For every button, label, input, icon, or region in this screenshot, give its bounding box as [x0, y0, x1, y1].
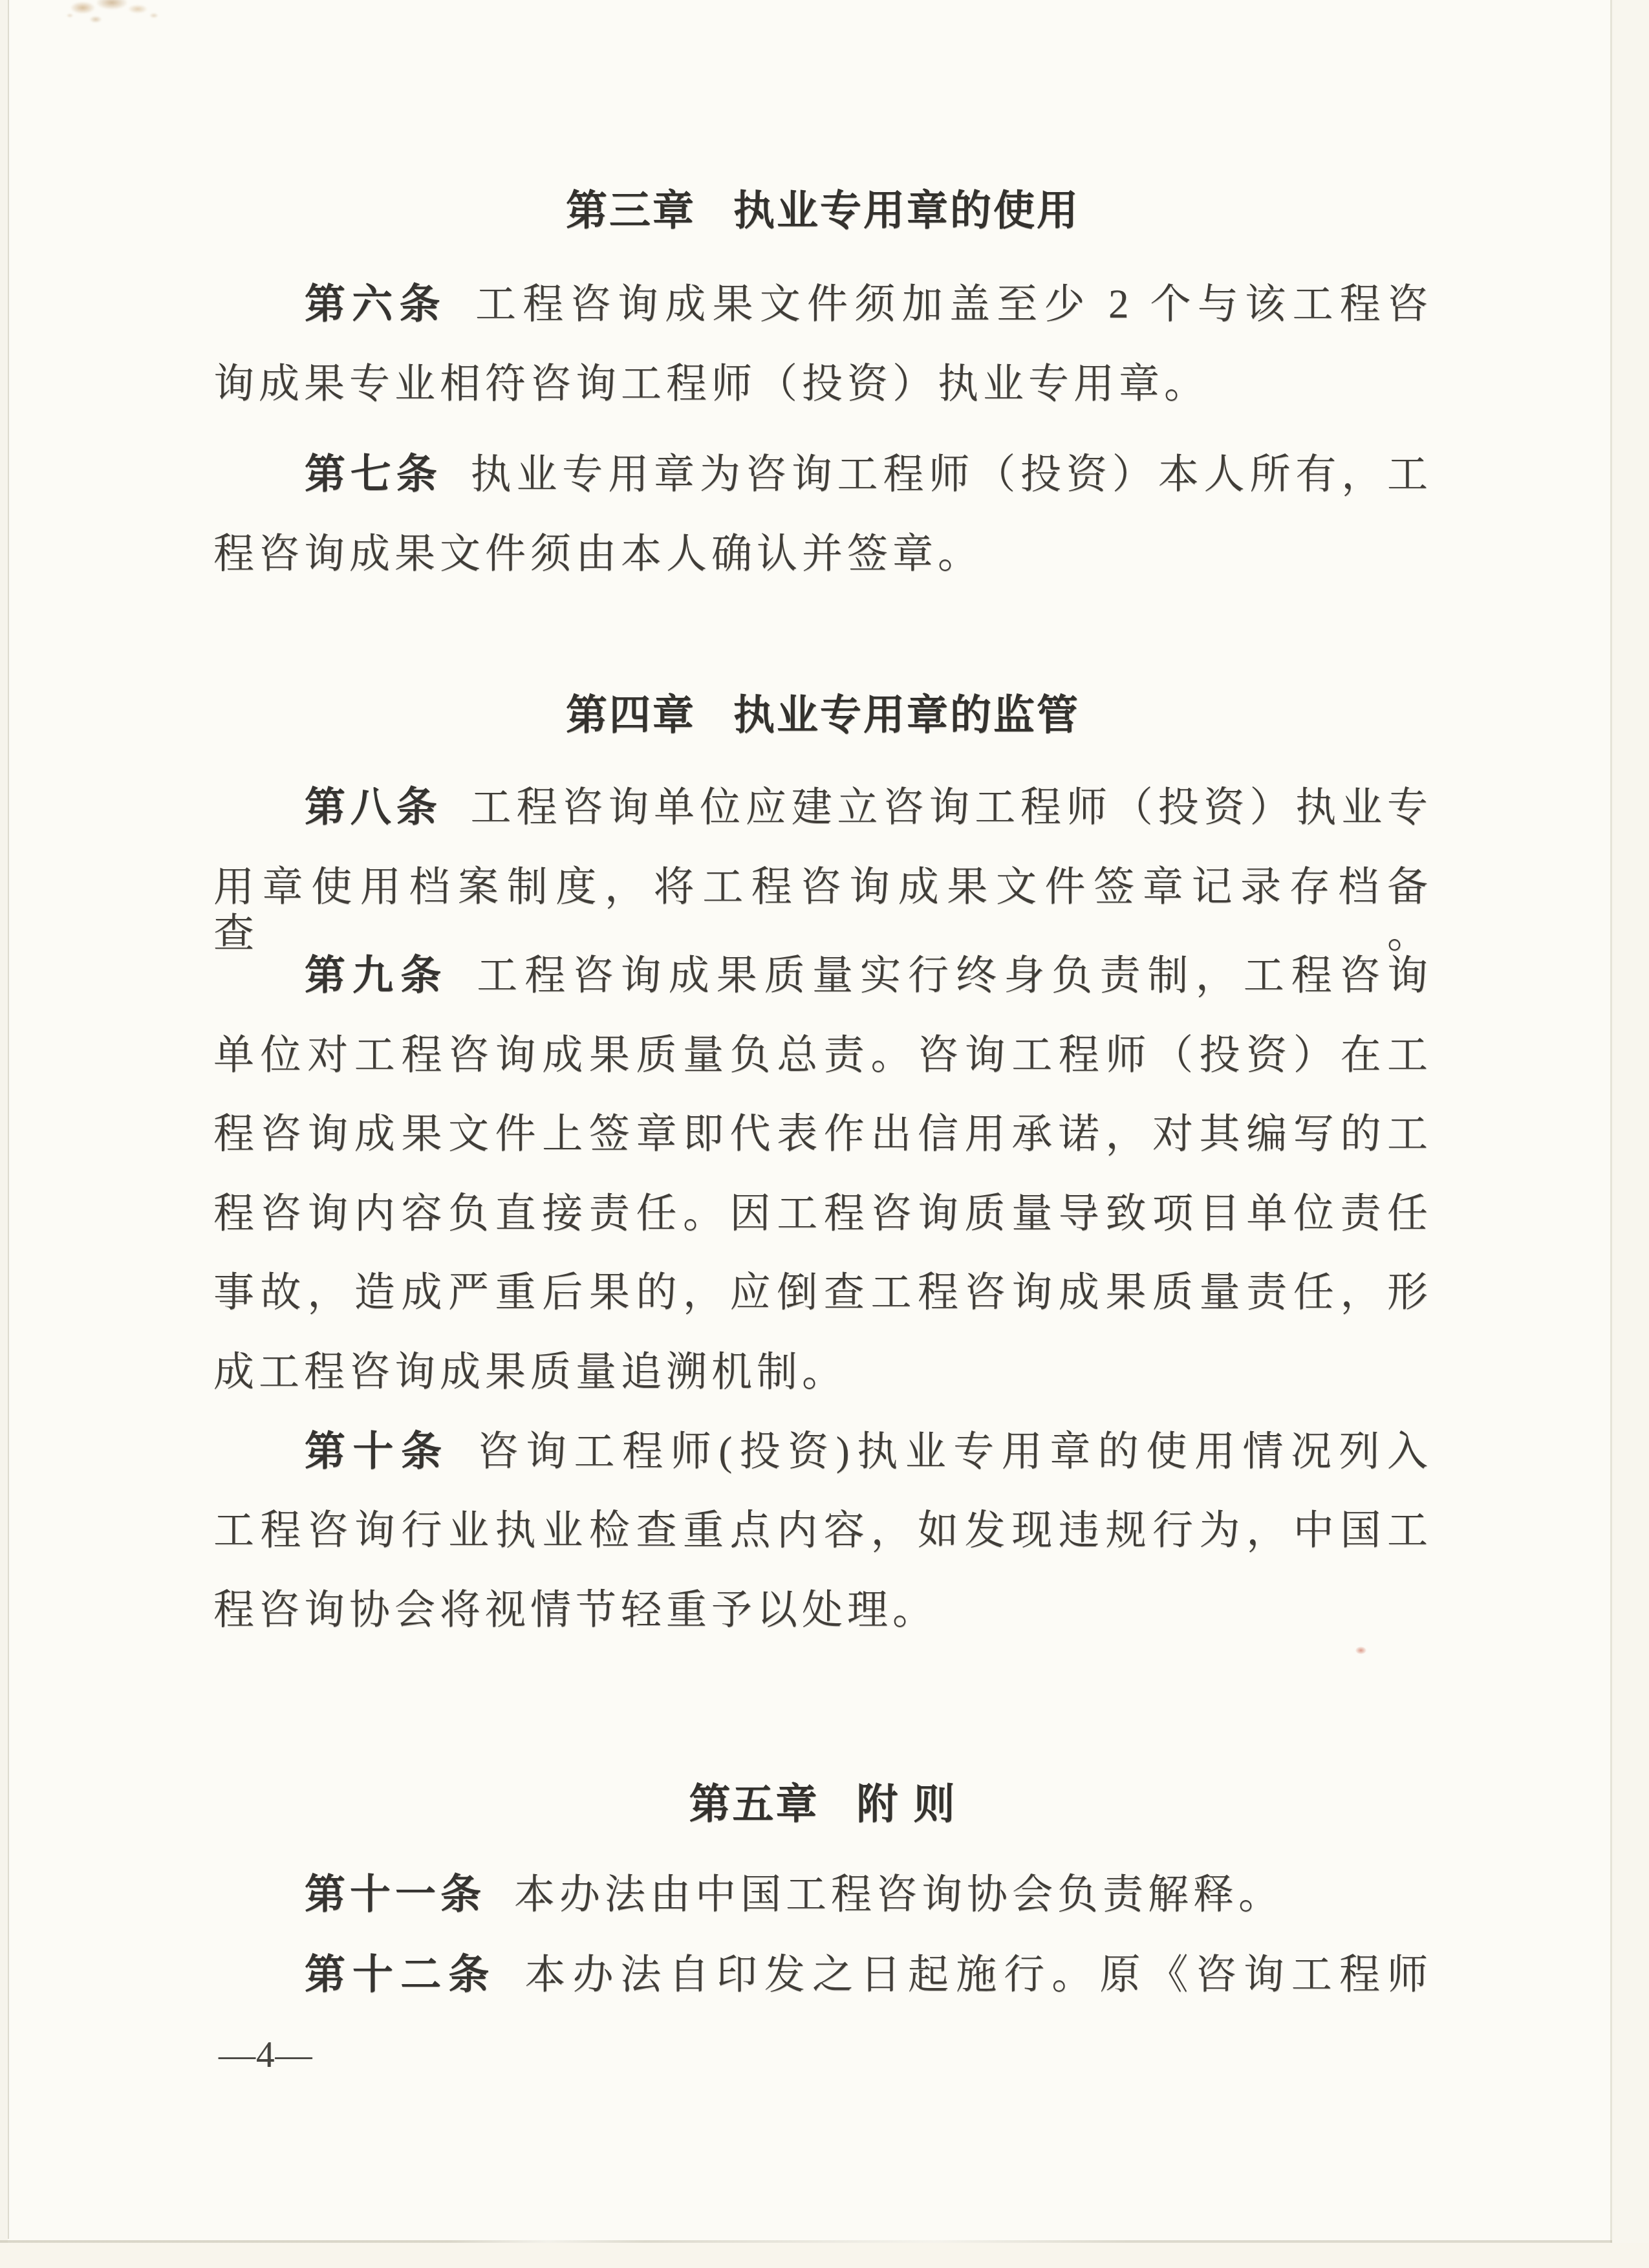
article-11-line-1: 第十一条本办法由中国工程咨询协会负责解释。	[213, 1871, 1432, 1917]
chapter-4-title: 执业专用章的监管	[733, 691, 1080, 738]
article-9-line-3: 程咨询成果文件上签章即代表作出信用承诺，对其编写的工	[213, 1110, 1432, 1157]
paper-left-edge	[0, 0, 8, 2268]
chapter-3-heading: 第三章执业专用章的使用	[213, 186, 1432, 234]
chapter-5-number: 第五章	[689, 1780, 819, 1827]
article-8-line-2: 用章使用档案制度，将工程咨询成果文件签章记录存档备查。	[213, 863, 1432, 910]
article-6-text-2: 询成果专业相符咨询工程师（投资）执业专用章。	[213, 361, 1209, 406]
article-12-text-1: 本办法自印发之日起施行。原《咨询工程师	[524, 1952, 1432, 1997]
article-9-text-5: 事故，造成严重后果的，应倒查工程咨询成果质量责任，形	[213, 1269, 1432, 1315]
article-10-line-2: 工程咨询行业执业检查重点内容，如发现违规行为，中国工	[213, 1507, 1432, 1553]
article-10-text-2: 工程咨询行业执业检查重点内容，如发现违规行为，中国工	[213, 1507, 1432, 1553]
article-9-number: 第九条	[305, 953, 448, 998]
chapter-5-title: 附 则	[857, 1780, 957, 1827]
pink-speck-artifact	[1355, 1647, 1366, 1654]
page-number: —4—	[219, 2035, 313, 2076]
paper-right-edge	[1612, 0, 1649, 2268]
article-9-text-1: 工程咨询成果质量实行终身负责制，工程咨询	[477, 953, 1432, 998]
article-6-line-2: 询成果专业相符咨询工程师（投资）执业专用章。	[213, 360, 1432, 407]
ink-stain-artifact	[57, 0, 173, 35]
article-8-text-2: 用章使用档案制度，将工程咨询成果文件签章记录存档备查。	[213, 864, 1432, 956]
article-7-number: 第七条	[305, 451, 442, 497]
paper-bottom-edge-line	[0, 2240, 1612, 2243]
article-12-number: 第十二条	[305, 1952, 496, 1997]
article-9-line-6: 成工程咨询成果质量追溯机制。	[213, 1348, 1432, 1395]
article-7-line-1: 第七条执业专用章为咨询工程师（投资）本人所有，工	[213, 451, 1432, 497]
chapter-3-title: 执业专用章的使用	[733, 187, 1080, 233]
paper-left-edge-line	[8, 0, 9, 2239]
scanned-page: 第三章执业专用章的使用 第六条工程咨询成果文件须加盖至少 2 个与该工程咨 询成…	[0, 0, 1649, 2268]
article-9-line-2: 单位对工程咨询成果质量负总责。咨询工程师（投资）在工	[213, 1031, 1432, 1078]
article-10-number: 第十条	[305, 1429, 449, 1474]
article-8-number: 第八条	[305, 784, 442, 830]
article-6-number: 第六条	[305, 281, 447, 327]
article-11-text-1: 本办法由中国工程咨询协会负责解释。	[514, 1872, 1284, 1917]
article-7-line-2: 程咨询成果文件须由本人确认并签章。	[213, 530, 1432, 577]
article-8-line-1: 第八条工程咨询单位应建立咨询工程师（投资）执业专	[213, 784, 1432, 830]
article-6-text-1: 工程咨询成果文件须加盖至少 2 个与该工程咨	[475, 281, 1432, 327]
article-6-line-1: 第六条工程咨询成果文件须加盖至少 2 个与该工程咨	[213, 281, 1432, 327]
chapter-3-number: 第三章	[566, 187, 696, 233]
paper-right-edge-line	[1610, 0, 1612, 2268]
article-12-line-1: 第十二条本办法自印发之日起施行。原《咨询工程师	[213, 1951, 1432, 1998]
article-9-text-4: 程咨询内容负直接责任。因工程咨询质量导致项目单位责任	[213, 1191, 1432, 1236]
article-9-line-1: 第九条工程咨询成果质量实行终身负责制，工程咨询	[213, 952, 1432, 999]
chapter-4-number: 第四章	[566, 691, 696, 738]
article-9-line-5: 事故，造成严重后果的，应倒查工程咨询成果质量责任，形	[213, 1269, 1432, 1315]
article-10-line-3: 程咨询协会将视情节轻重予以处理。	[213, 1586, 1432, 1633]
article-9-text-3: 程咨询成果文件上签章即代表作出信用承诺，对其编写的工	[213, 1111, 1432, 1156]
chapter-5-heading: 第五章附 则	[213, 1780, 1432, 1828]
article-9-text-6: 成工程咨询成果质量追溯机制。	[213, 1349, 847, 1394]
chapter-4-heading: 第四章执业专用章的监管	[213, 691, 1432, 739]
article-11-number: 第十一条	[305, 1872, 486, 1917]
paper-bottom-edge	[0, 2243, 1649, 2268]
article-7-text-1: 执业专用章为咨询工程师（投资）本人所有，工	[471, 451, 1432, 497]
article-7-text-2: 程咨询成果文件须由本人确认并签章。	[213, 531, 983, 576]
article-9-line-4: 程咨询内容负直接责任。因工程咨询质量导致项目单位责任	[213, 1190, 1432, 1237]
article-10-text-3: 程咨询协会将视情节轻重予以处理。	[213, 1587, 938, 1632]
article-9-text-2: 单位对工程咨询成果质量负总责。咨询工程师（投资）在工	[213, 1032, 1432, 1077]
article-10-text-1: 咨询工程师(投资)执业专用章的使用情况列入	[478, 1429, 1432, 1474]
article-10-line-1: 第十条咨询工程师(投资)执业专用章的使用情况列入	[213, 1428, 1432, 1474]
article-8-text-1: 工程咨询单位应建立咨询工程师（投资）执业专	[471, 784, 1432, 830]
